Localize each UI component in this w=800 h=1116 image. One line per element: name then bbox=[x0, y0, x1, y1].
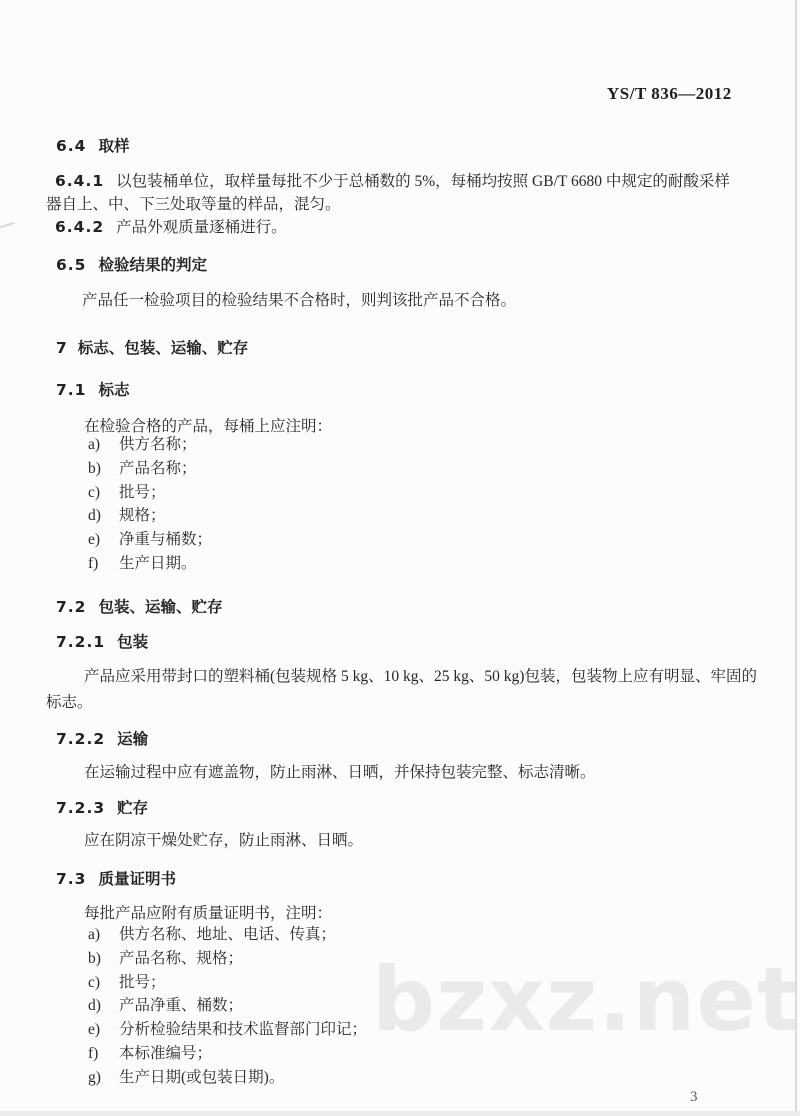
section-heading-6-5: 6.5检验结果的判定 bbox=[56, 253, 207, 275]
item-text: 产品净重、桶数； bbox=[119, 997, 243, 1014]
section-heading-7-1: 7.1标志 bbox=[56, 378, 129, 400]
item-text: 生产日期(或包装日期)。 bbox=[119, 1069, 284, 1086]
clause-number: 6.4 bbox=[56, 137, 86, 155]
list-item: g)生产日期(或包装日期)。 bbox=[88, 1066, 367, 1090]
clause-number: 7 bbox=[56, 339, 68, 357]
list-item: b)产品名称； bbox=[88, 457, 212, 481]
section-heading-7-2-2: 7.2.2运输 bbox=[56, 727, 148, 749]
scan-edge-strip-bottom bbox=[0, 1111, 800, 1116]
clause-number: 7.1 bbox=[56, 381, 86, 399]
item-label: a) bbox=[88, 433, 119, 457]
item-text: 净重与桶数； bbox=[119, 531, 212, 548]
list-item: f)生产日期。 bbox=[88, 552, 212, 576]
list-item: a)供方名称； bbox=[88, 433, 212, 457]
item-text: 批号； bbox=[119, 484, 166, 501]
clause-number: 7.2.3 bbox=[56, 799, 105, 817]
clause-title: 质量证明书 bbox=[98, 870, 176, 888]
item-label: c) bbox=[88, 481, 119, 505]
paragraph-7-2-1: 产品应采用带封口的塑料桶(包装规格 5 kg、10 kg、25 kg、50 kg… bbox=[46, 664, 758, 716]
paragraph-7-2-3: 应在阴凉干燥处贮存，防止雨淋、日晒。 bbox=[84, 828, 363, 850]
list-item: d)规格； bbox=[88, 504, 212, 528]
clause-number: 7.2.2 bbox=[56, 730, 105, 748]
clause-number: 6.4.1 bbox=[55, 172, 104, 190]
item-text: 批号； bbox=[119, 974, 166, 991]
item-label: c) bbox=[88, 971, 119, 995]
clause-title: 取样 bbox=[98, 137, 129, 155]
item-label: b) bbox=[88, 947, 119, 971]
list-item: c)批号； bbox=[88, 971, 367, 995]
paragraph-6-4-1: 6.4.1以包装桶单位，取样量每批不少于总桶数的 5%，每桶均按照 GB/T 6… bbox=[46, 170, 730, 216]
paragraph-6-5: 产品任一检验项目的检验结果不合格时，则判该批产品不合格。 bbox=[82, 288, 516, 310]
item-text: 供方名称、地址、电话、传真； bbox=[119, 926, 336, 943]
item-label: e) bbox=[88, 1018, 119, 1042]
item-text: 产品名称； bbox=[119, 460, 197, 477]
scan-speck bbox=[0, 222, 15, 229]
item-label: e) bbox=[88, 528, 119, 552]
section-heading-7-2-3: 7.2.3贮存 bbox=[56, 796, 148, 818]
clause-title: 包装、运输、贮存 bbox=[98, 598, 222, 616]
item-label: b) bbox=[88, 457, 119, 481]
clause-number: 6.5 bbox=[56, 256, 86, 274]
paragraph-7-3-intro: 每批产品应附有质量证明书，注明： bbox=[84, 901, 332, 923]
list-item: b)产品名称、规格； bbox=[88, 947, 367, 971]
section-heading-7-2: 7.2包装、运输、贮存 bbox=[56, 595, 222, 617]
list-item: d)产品净重、桶数； bbox=[88, 994, 367, 1018]
clause-number: 7.2 bbox=[56, 598, 86, 616]
list-item: e)净重与桶数； bbox=[88, 528, 212, 552]
item-label: a) bbox=[88, 923, 119, 947]
clause-title: 包装 bbox=[117, 633, 148, 651]
clause-title: 运输 bbox=[117, 730, 148, 748]
item-label: f) bbox=[88, 552, 119, 576]
clause-number: 7.3 bbox=[56, 870, 86, 888]
item-label: d) bbox=[88, 504, 119, 528]
section-heading-6-4: 6.4取样 bbox=[56, 134, 129, 156]
item-text: 本标准编号； bbox=[119, 1045, 212, 1062]
marking-list: a)供方名称； b)产品名称； c)批号； d)规格； e)净重与桶数； f)生… bbox=[88, 433, 212, 576]
standard-code-header: YS/T 836—2012 bbox=[607, 84, 732, 104]
section-heading-7-3: 7.3质量证明书 bbox=[56, 867, 176, 889]
watermark: bzxz.net bbox=[372, 956, 800, 1044]
page-number: 3 bbox=[690, 1089, 698, 1106]
clause-text: 产品外观质量逐桶进行。 bbox=[116, 219, 287, 236]
clause-title: 贮存 bbox=[117, 799, 148, 817]
list-item: e)分析检验结果和技术监督部门印记； bbox=[88, 1018, 367, 1042]
item-text: 规格； bbox=[119, 507, 166, 524]
paragraph-7-2-2: 在运输过程中应有遮盖物，防止雨淋、日晒，并保持包装完整、标志清晰。 bbox=[84, 760, 596, 782]
item-text: 分析检验结果和技术监督部门印记； bbox=[119, 1021, 367, 1038]
list-item: c)批号； bbox=[88, 481, 212, 505]
section-heading-7-2-1: 7.2.1包装 bbox=[56, 630, 148, 652]
item-text: 产品名称、规格； bbox=[119, 950, 243, 967]
clause-title: 标志、包装、运输、贮存 bbox=[78, 339, 249, 357]
clause-title: 检验结果的判定 bbox=[98, 256, 207, 274]
item-label: d) bbox=[88, 994, 119, 1018]
clause-title: 标志 bbox=[98, 381, 129, 399]
certificate-list: a)供方名称、地址、电话、传真； b)产品名称、规格； c)批号； d)产品净重… bbox=[88, 923, 367, 1090]
document-page: bzxz.net YS/T 836—2012 6.4取样 6.4.1以包装桶单位… bbox=[0, 0, 800, 1116]
item-label: g) bbox=[88, 1066, 119, 1090]
section-heading-7: 7标志、包装、运输、贮存 bbox=[56, 336, 248, 358]
list-item: f)本标准编号； bbox=[88, 1042, 367, 1066]
item-label: f) bbox=[88, 1042, 119, 1066]
clause-text: 以包装桶单位，取样量每批不少于总桶数的 5%，每桶均按照 GB/T 6680 中… bbox=[46, 173, 730, 213]
list-item: a)供方名称、地址、电话、传真； bbox=[88, 923, 367, 947]
item-text: 生产日期。 bbox=[119, 555, 197, 572]
clause-number: 7.2.1 bbox=[56, 633, 105, 651]
item-text: 供方名称； bbox=[119, 436, 197, 453]
clause-number: 6.4.2 bbox=[55, 218, 104, 236]
scan-edge-line-right bbox=[795, 0, 797, 1116]
paragraph-6-4-2: 6.4.2产品外观质量逐桶进行。 bbox=[46, 215, 287, 237]
